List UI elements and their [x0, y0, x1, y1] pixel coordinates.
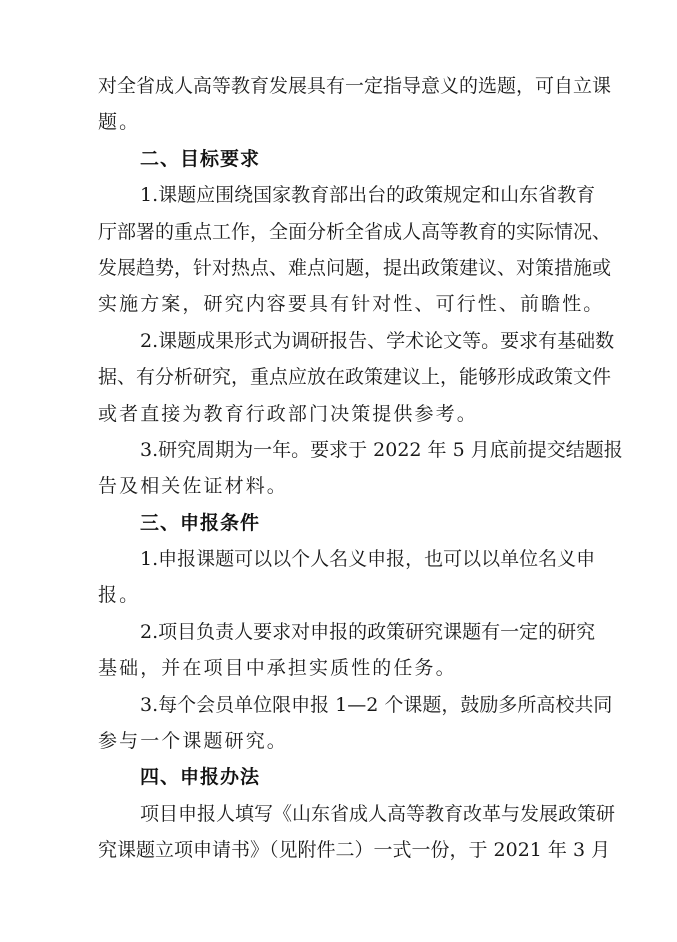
- body-line: 1.申报课题可以以个人名义申报，也可以以单位名义申: [98, 541, 588, 577]
- body-line: 发展趋势，针对热点、难点问题，提出政策建议、对策措施或: [98, 250, 588, 286]
- body-line: 实施方案，研究内容要具有针对性、可行性、前瞻性。: [98, 286, 588, 322]
- section-heading-method: 四、申报办法: [98, 759, 588, 795]
- body-line: 3.研究周期为一年。要求于 2022 年 5 月底前提交结题报: [98, 432, 588, 468]
- body-line: 1.课题应围绕国家教育部出台的政策规定和山东省教育: [98, 177, 588, 213]
- body-line: 对全省成人高等教育发展具有一定指导意义的选题，可自立课: [98, 68, 588, 104]
- body-line: 告及相关佐证材料。: [98, 468, 588, 504]
- body-line: 基础，并在项目中承担实质性的任务。: [98, 650, 588, 686]
- body-line: 报。: [98, 577, 588, 613]
- body-line: 据、有分析研究，重点应放在政策建议上，能够形成政策文件: [98, 359, 588, 395]
- body-line: 参与一个课题研究。: [98, 723, 588, 759]
- body-line: 或者直接为教育行政部门决策提供参考。: [98, 396, 588, 432]
- body-line: 项目申报人填写《山东省成人高等教育改革与发展政策研: [98, 796, 588, 832]
- section-heading-conditions: 三、申报条件: [98, 505, 588, 541]
- body-line: 3.每个会员单位限申报 1—2 个课题，鼓励多所高校共同: [98, 687, 588, 723]
- body-line: 厅部署的重点工作，全面分析全省成人高等教育的实际情况、: [98, 214, 588, 250]
- body-line: 2.课题成果形式为调研报告、学术论文等。要求有基础数: [98, 323, 588, 359]
- document-page: 对全省成人高等教育发展具有一定指导意义的选题，可自立课 题。 二、目标要求 1.…: [98, 68, 588, 869]
- body-line: 究课题立项申请书》（见附件二）一式一份，于 2021 年 3 月: [98, 832, 588, 868]
- body-line: 2.项目负责人要求对申报的政策研究课题有一定的研究: [98, 614, 588, 650]
- section-heading-goals: 二、目标要求: [98, 141, 588, 177]
- body-line: 题。: [98, 104, 588, 140]
